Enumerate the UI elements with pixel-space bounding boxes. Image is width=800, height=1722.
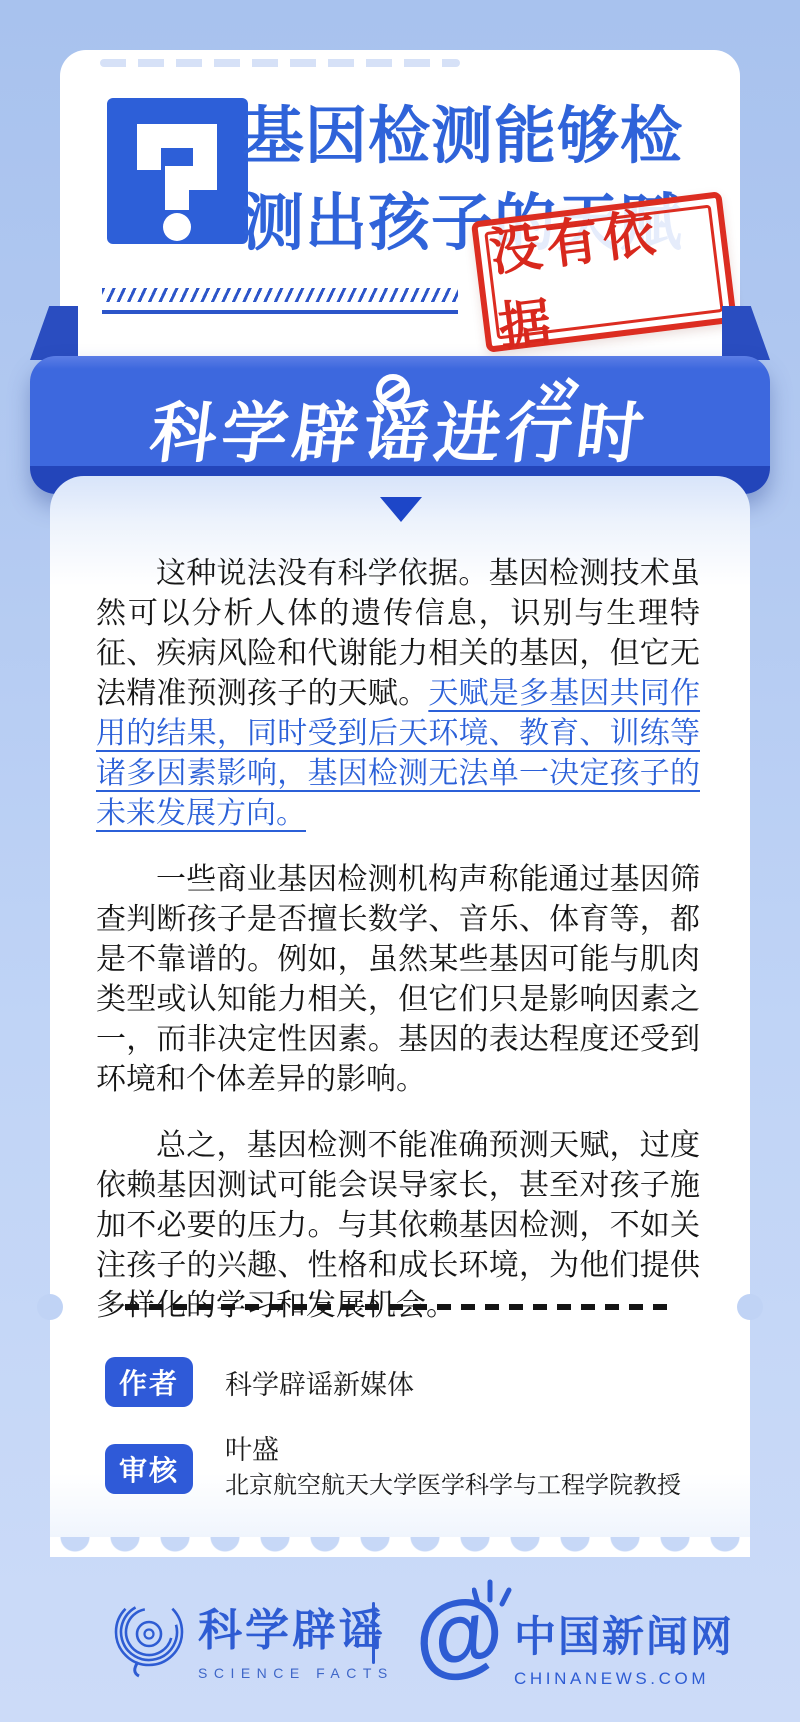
hatch-decoration — [102, 288, 458, 302]
science-rumor-poster: 基因检测能够检 测出孩子的天赋 没有依据 科学辟谣进行时 — [0, 0, 800, 1722]
science-facts-text: 科学辟谣 SCIENCE FACTS — [198, 1594, 394, 1681]
author-badge: 作者 — [105, 1357, 193, 1407]
ticket-notch-right — [737, 1294, 763, 1320]
perforation-dashes — [100, 59, 460, 67]
question-mark-icon — [107, 98, 248, 244]
paragraph-3: 总之，基因检测不能准确预测天赋，过度依赖基因测试可能会误导家长，甚至对孩子施加不… — [96, 1126, 700, 1326]
no-rumor-icon — [374, 372, 412, 410]
chinanews-en: CHINANEWS.COM — [514, 1669, 734, 1689]
science-facts-swirl-icon — [110, 1594, 188, 1680]
chinanews-at-icon: @ — [414, 1582, 510, 1686]
chinanews-text: 中国新闻网 CHINANEWS.COM — [514, 1604, 734, 1689]
pointer-triangle-icon — [380, 497, 422, 522]
scalloped-edge — [50, 1537, 750, 1557]
reviewer-name: 叶盛 — [225, 1432, 681, 1469]
ticket-notch-left — [37, 1294, 63, 1320]
answer-card: 这种说法没有科学依据。基因检测技术虽然可以分析人体的遗传信息，识别与生理特征、疾… — [50, 476, 750, 1537]
rays-icon — [472, 1578, 512, 1608]
science-facts-en: SCIENCE FACTS — [198, 1665, 394, 1681]
science-facts-cn: 科学辟谣 — [198, 1594, 394, 1658]
reviewer-row: 审核 叶盛 北京航空航天大学医学科学与工程学院教授 — [105, 1432, 681, 1503]
title-underline — [102, 310, 458, 314]
logo-divider — [372, 1602, 375, 1664]
chinanews-logo: @ 中国新闻网 CHINANEWS.COM — [414, 1582, 734, 1689]
verdict-stamp: 没有依据 — [471, 191, 737, 353]
section-banner: 科学辟谣进行时 — [30, 356, 770, 494]
verdict-stamp-text: 没有依据 — [484, 205, 723, 340]
footer: 科学辟谣 SCIENCE FACTS @ — [0, 1560, 800, 1722]
author-row: 作者 科学辟谣新媒体 — [105, 1357, 414, 1407]
author-value: 科学辟谣新媒体 — [225, 1363, 414, 1402]
chinanews-cn: 中国新闻网 — [514, 1604, 734, 1664]
reviewer-badge: 审核 — [105, 1444, 193, 1494]
science-facts-logo: 科学辟谣 SCIENCE FACTS — [110, 1594, 394, 1681]
claim-title-line1: 基因检测能够检 — [242, 86, 683, 175]
answer-body: 这种说法没有科学依据。基因检测技术虽然可以分析人体的遗传信息，识别与生理特征、疾… — [96, 554, 700, 1352]
dotted-divider — [125, 1304, 675, 1310]
reviewer-title: 北京航空航天大学医学科学与工程学院教授 — [225, 1469, 681, 1503]
ribbon-fold-left — [30, 306, 78, 360]
reviewer-info: 叶盛 北京航空航天大学医学科学与工程学院教授 — [225, 1432, 681, 1503]
paragraph-2: 一些商业基因检测机构声称能通过基因筛查判断孩子是否擅长数学、音乐、体育等，都是不… — [96, 860, 700, 1100]
paragraph-1: 这种说法没有科学依据。基因检测技术虽然可以分析人体的遗传信息，识别与生理特征、疾… — [96, 554, 700, 834]
ribbon-fold-right — [722, 306, 770, 360]
